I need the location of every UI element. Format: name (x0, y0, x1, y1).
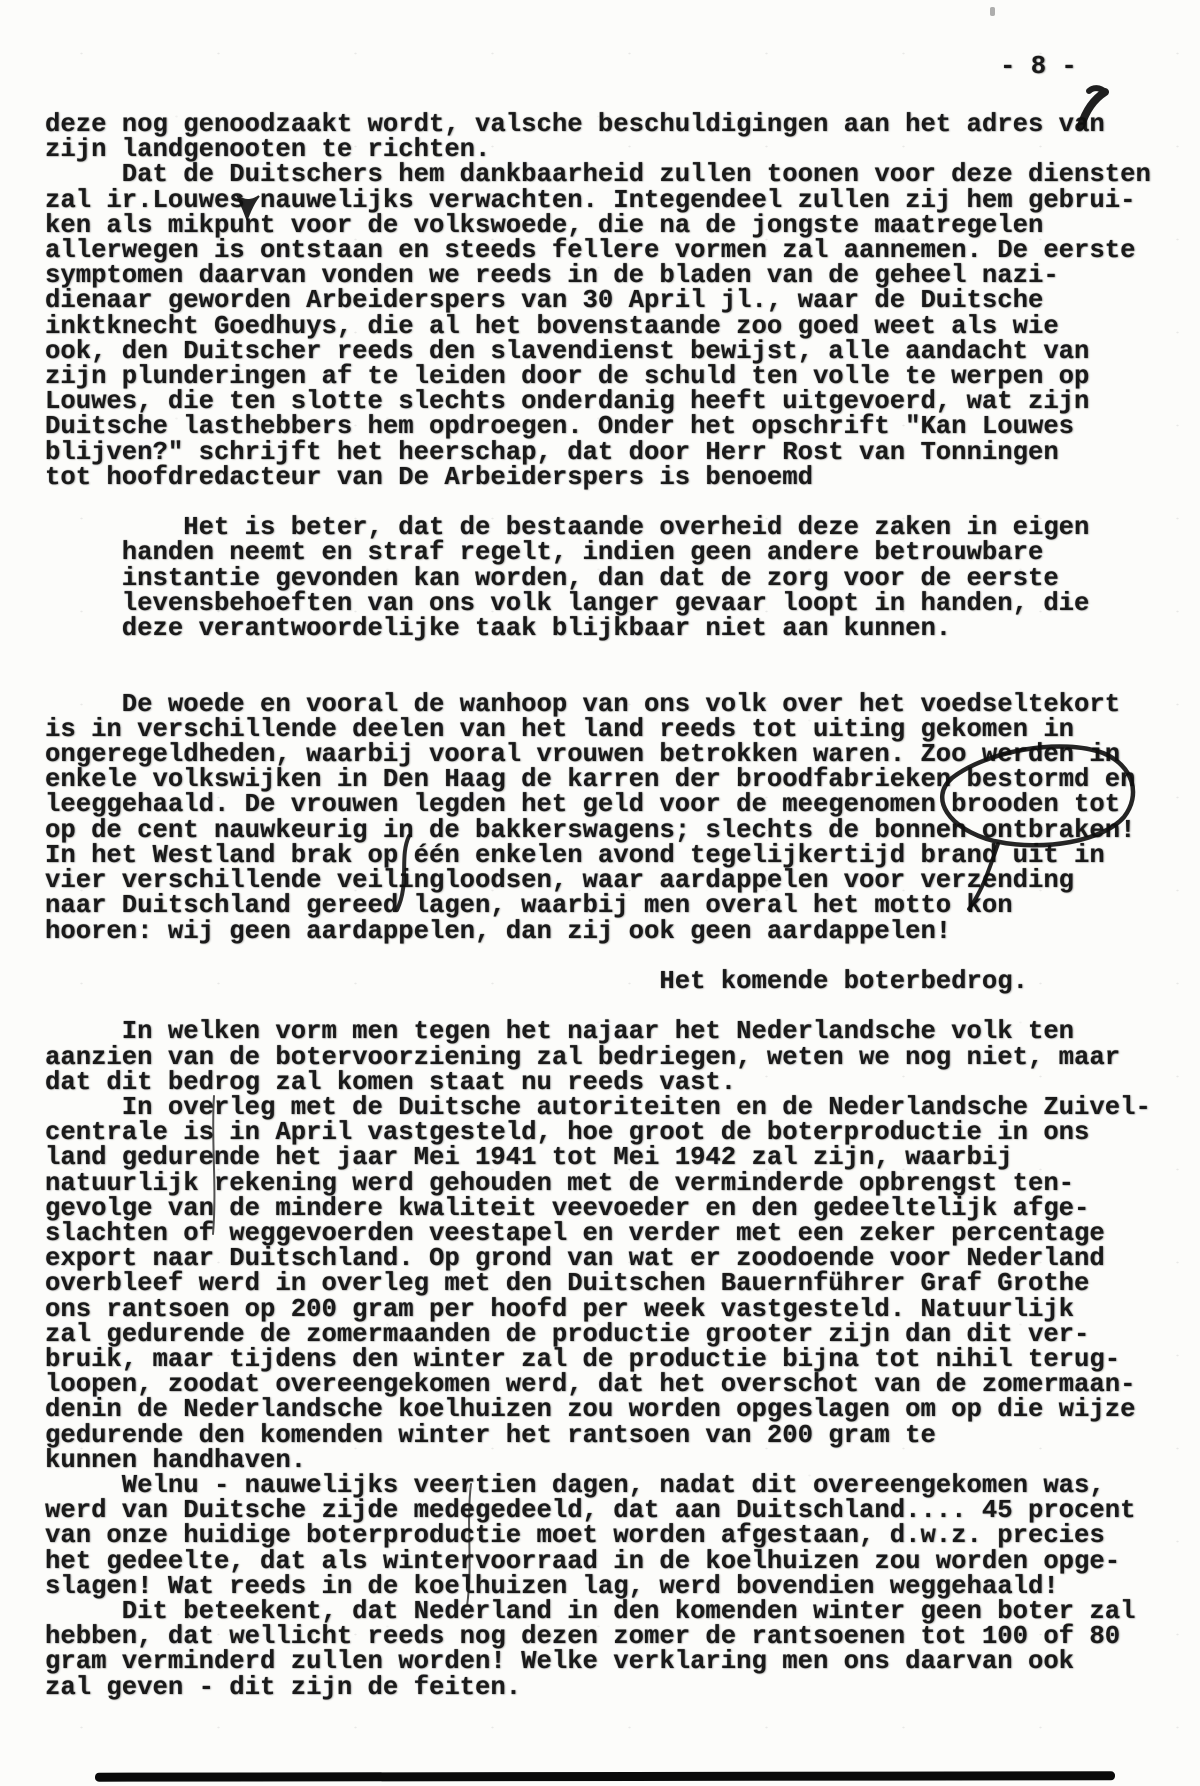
typewritten-body-text: deze nog genoodzaakt wordt, valsche besc… (45, 112, 1151, 1700)
page-number: - 8 - (1000, 52, 1077, 81)
scan-bottom-bar-artifact (95, 1771, 1115, 1781)
scan-speck-artifact (990, 7, 995, 16)
scanned-document-page: - 8 - deze nog genoodzaakt wordt, valsch… (0, 0, 1200, 1786)
